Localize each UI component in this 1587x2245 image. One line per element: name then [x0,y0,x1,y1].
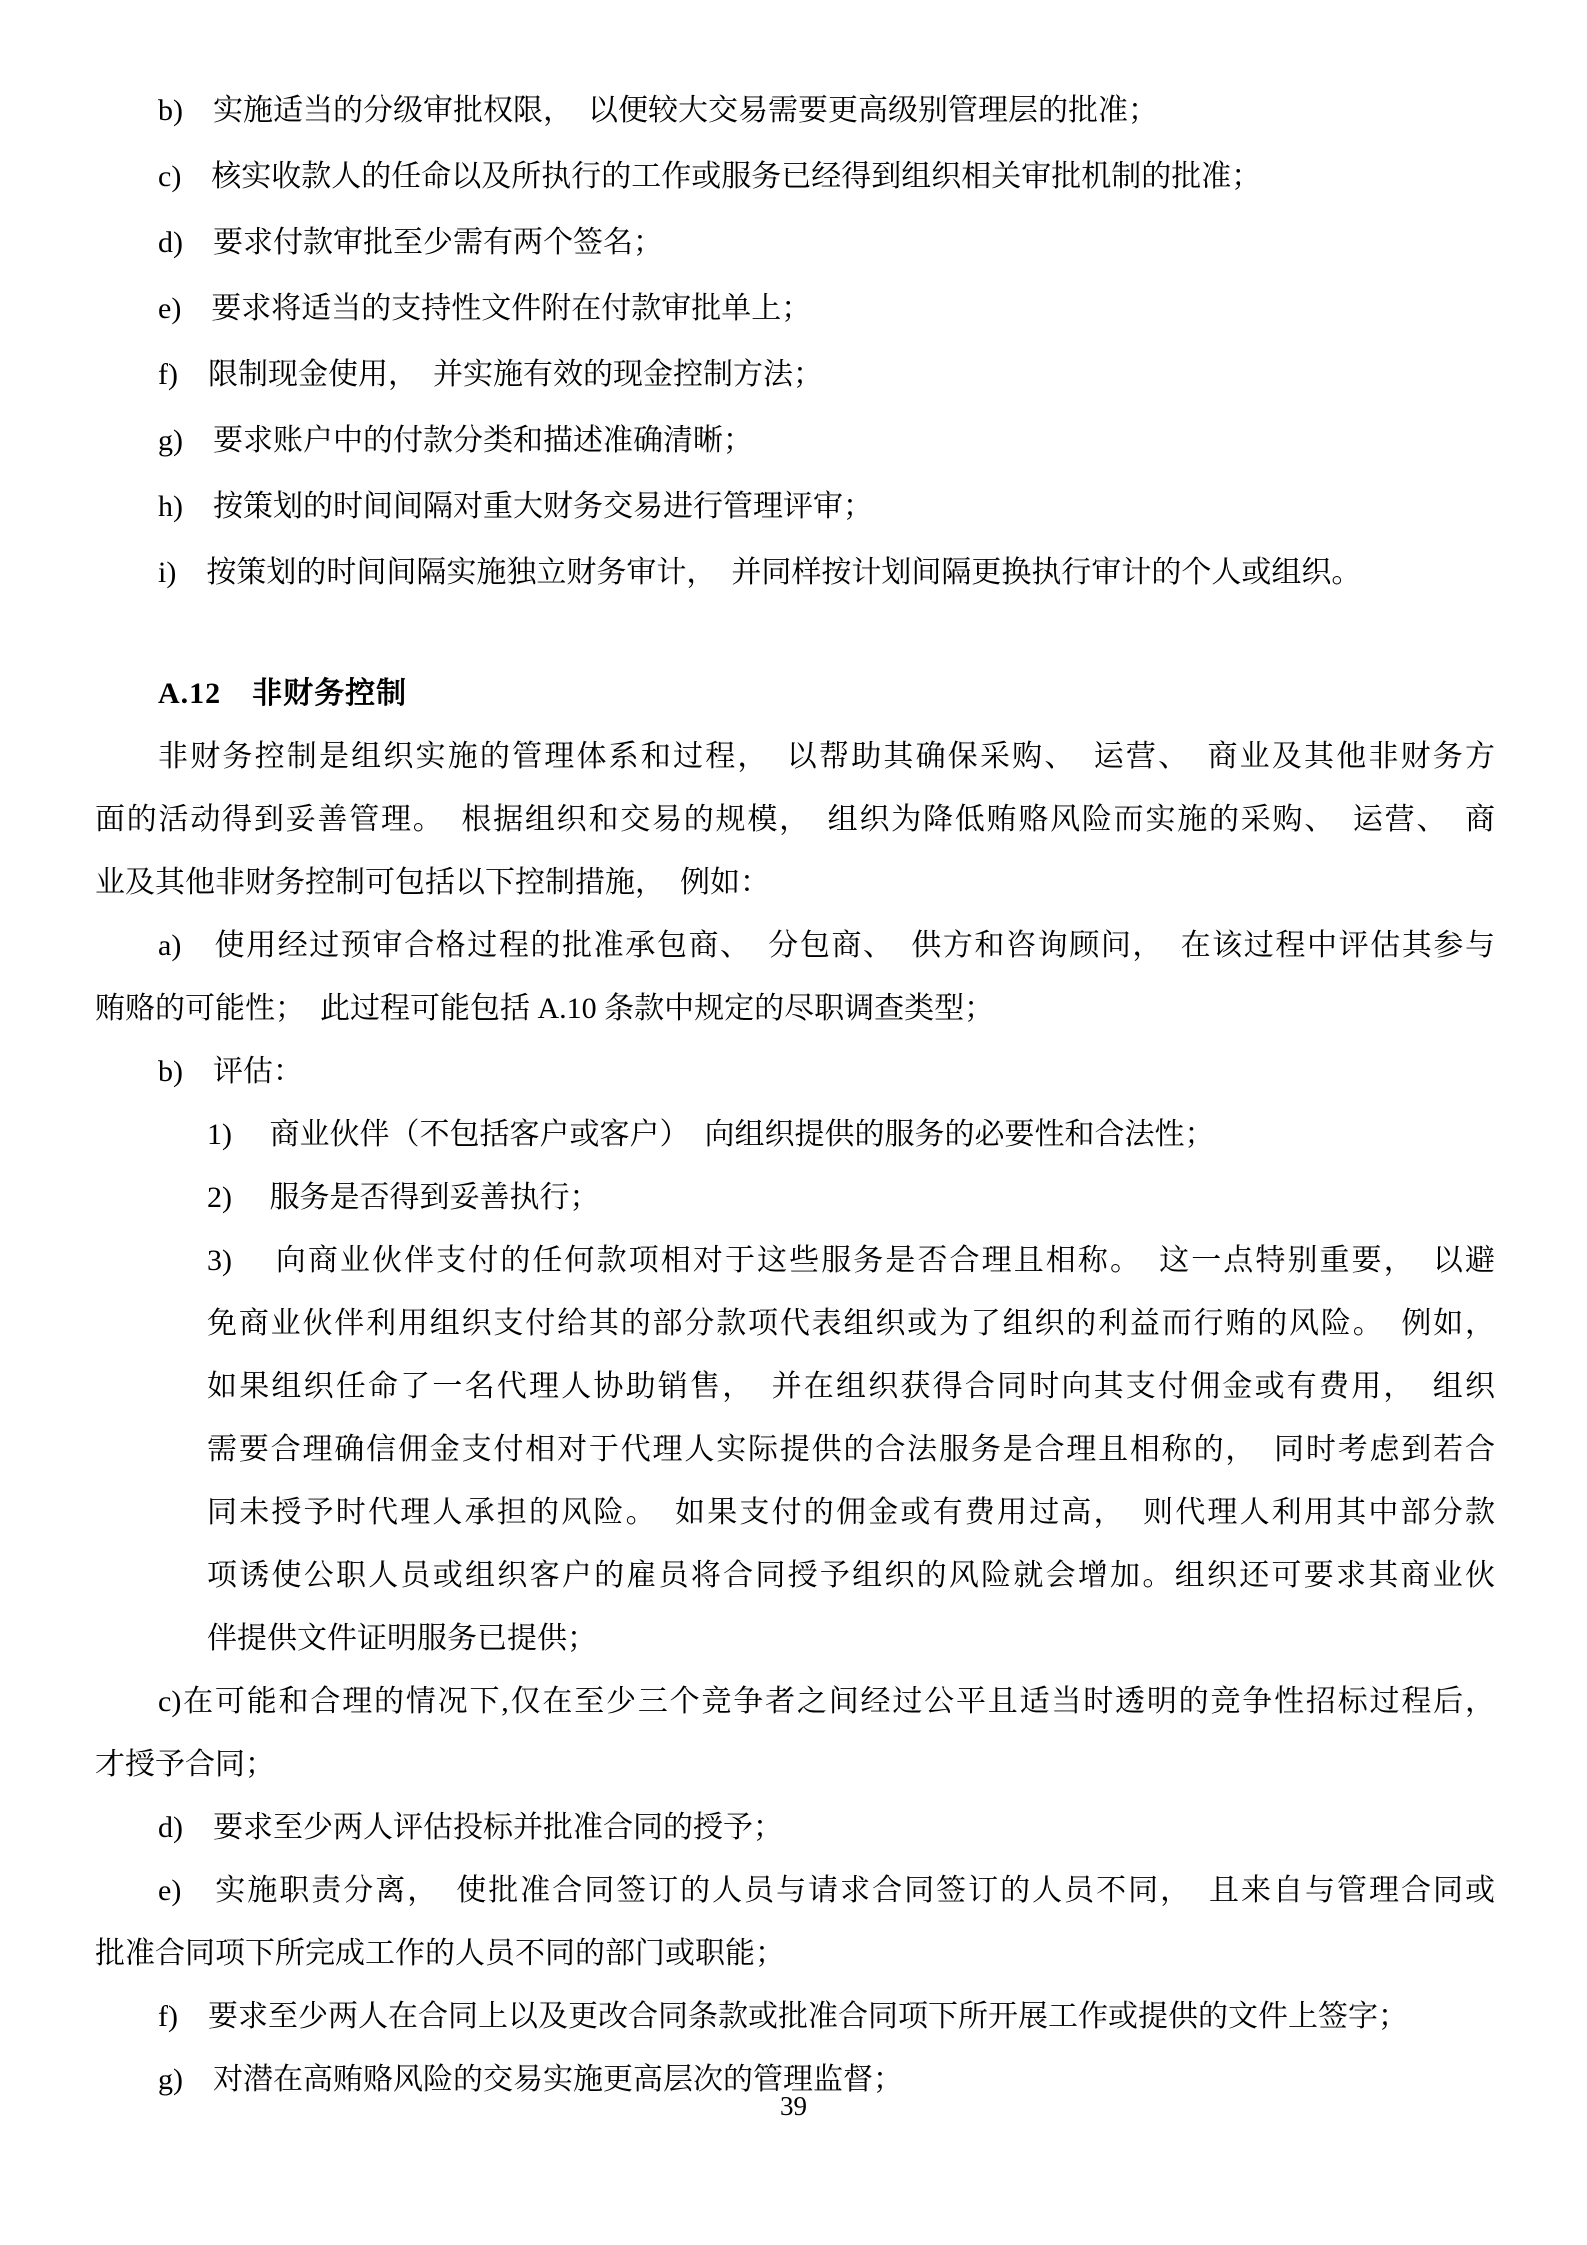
text-line: 1) 商业伙伴（不包括客户或客户） 向组织提供的服务的必要性和合法性； [207,1103,1495,1166]
block-para: b) 评估： [95,1040,1495,1103]
block-toplist: e) 要求将适当的支持性文件附在付款审批单上； [95,276,1495,342]
text-line: 2) 服务是否得到妥善执行； [207,1166,1495,1229]
text-line: 面的活动得到妥善管理。 根据组织和交易的规模， 组织为降低贿赂风险而实施的采购、… [95,788,1495,851]
text-line: b) 实施适当的分级审批权限， 以便较大交易需要更高级别管理层的批准； [158,78,1495,144]
block-para: e) 实施职责分离， 使批准合同签订的人员与请求合同签订的人员不同， 且来自与管… [95,1859,1495,1985]
block-toplist: h) 按策划的时间间隔对重大财务交易进行管理评审； [95,474,1495,540]
block-para: a) 使用经过预审合格过程的批准承包商、 分包商、 供方和咨询顾问， 在该过程中… [95,914,1495,1040]
text-line: 伴提供文件证明服务已提供； [207,1607,1495,1670]
block-toplist: d) 要求付款审批至少需有两个签名； [95,210,1495,276]
block-para: f) 要求至少两人在合同上以及更改合同条款或批准合同项下所开展工作或提供的文件上… [95,1985,1495,2048]
block-para: 非财务控制是组织实施的管理体系和过程， 以帮助其确保采购、 运营、 商业及其他非… [95,725,1495,914]
block-para: c)在可能和合理的情况下,仅在至少三个竞争者之间经过公平且适当时透明的竞争性招标… [95,1670,1495,1796]
section-heading: A.12 非财务控制 [158,662,1495,725]
block-para: d) 要求至少两人评估投标并批准合同的授予； [95,1796,1495,1859]
text-line: d) 要求付款审批至少需有两个签名； [158,210,1495,276]
text-line: 项诱使公职人员或组织客户的雇员将合同授予组织的风险就会增加。组织还可要求其商业伙 [207,1544,1495,1607]
text-line: 免商业伙伴利用组织支付给其的部分款项代表组织或为了组织的利益而行贿的风险。 例如… [207,1292,1495,1355]
text-line: a) 使用经过预审合格过程的批准承包商、 分包商、 供方和咨询顾问， 在该过程中… [158,914,1495,977]
text-line: d) 要求至少两人评估投标并批准合同的授予； [158,1796,1495,1859]
text-line: 批准合同项下所完成工作的人员不同的部门或职能； [95,1922,1495,1985]
block-toplist: b) 实施适当的分级审批权限， 以便较大交易需要更高级别管理层的批准； [95,78,1495,144]
text-line: 如果组织任命了一名代理人协助销售， 并在组织获得合同时向其支付佣金或有费用， 组… [207,1355,1495,1418]
text-line: e) 实施职责分离， 使批准合同签订的人员与请求合同签订的人员不同， 且来自与管… [158,1859,1495,1922]
block-heading: A.12 非财务控制 [95,662,1495,725]
block-sub: 1) 商业伙伴（不包括客户或客户） 向组织提供的服务的必要性和合法性； [95,1103,1495,1166]
document-page: b) 实施适当的分级审批权限， 以便较大交易需要更高级别管理层的批准；c) 核实… [0,0,1587,2245]
block-sub: 3) 向商业伙伴支付的任何款项相对于这些服务是否合理且相称。 这一点特别重要， … [95,1229,1495,1670]
text-line: e) 要求将适当的支持性文件附在付款审批单上； [158,276,1495,342]
document-body: b) 实施适当的分级审批权限， 以便较大交易需要更高级别管理层的批准；c) 核实… [95,78,1495,2111]
text-line: 非财务控制是组织实施的管理体系和过程， 以帮助其确保采购、 运营、 商业及其他非… [158,725,1495,788]
text-line: 贿赂的可能性； 此过程可能包括 A.10 条款中规定的尽职调查类型； [95,977,1495,1040]
page-number: 39 [0,2090,1587,2122]
block-gap [95,606,1495,662]
block-sub: 2) 服务是否得到妥善执行； [95,1166,1495,1229]
text-line: f) 要求至少两人在合同上以及更改合同条款或批准合同项下所开展工作或提供的文件上… [158,1985,1495,2048]
text-line: 业及其他非财务控制可包括以下控制措施， 例如： [95,851,1495,914]
text-line: c) 核实收款人的任命以及所执行的工作或服务已经得到组织相关审批机制的批准； [158,144,1495,210]
text-line: i) 按策划的时间间隔实施独立财务审计， 并同样按计划间隔更换执行审计的个人或组… [158,540,1495,606]
text-line: b) 评估： [158,1040,1495,1103]
text-line: c)在可能和合理的情况下,仅在至少三个竞争者之间经过公平且适当时透明的竞争性招标… [158,1670,1495,1733]
text-line: 同未授予时代理人承担的风险。 如果支付的佣金或有费用过高， 则代理人利用其中部分… [207,1481,1495,1544]
block-toplist: c) 核实收款人的任命以及所执行的工作或服务已经得到组织相关审批机制的批准； [95,144,1495,210]
text-line: h) 按策划的时间间隔对重大财务交易进行管理评审； [158,474,1495,540]
text-line: g) 要求账户中的付款分类和描述准确清晰； [158,408,1495,474]
text-line: 需要合理确信佣金支付相对于代理人实际提供的合法服务是合理且相称的， 同时考虑到若… [207,1418,1495,1481]
text-line: 3) 向商业伙伴支付的任何款项相对于这些服务是否合理且相称。 这一点特别重要， … [207,1229,1495,1292]
text-line: f) 限制现金使用， 并实施有效的现金控制方法； [158,342,1495,408]
block-toplist: i) 按策划的时间间隔实施独立财务审计， 并同样按计划间隔更换执行审计的个人或组… [95,540,1495,606]
block-toplist: g) 要求账户中的付款分类和描述准确清晰； [95,408,1495,474]
block-toplist: f) 限制现金使用， 并实施有效的现金控制方法； [95,342,1495,408]
text-line: 才授予合同； [95,1733,1495,1796]
